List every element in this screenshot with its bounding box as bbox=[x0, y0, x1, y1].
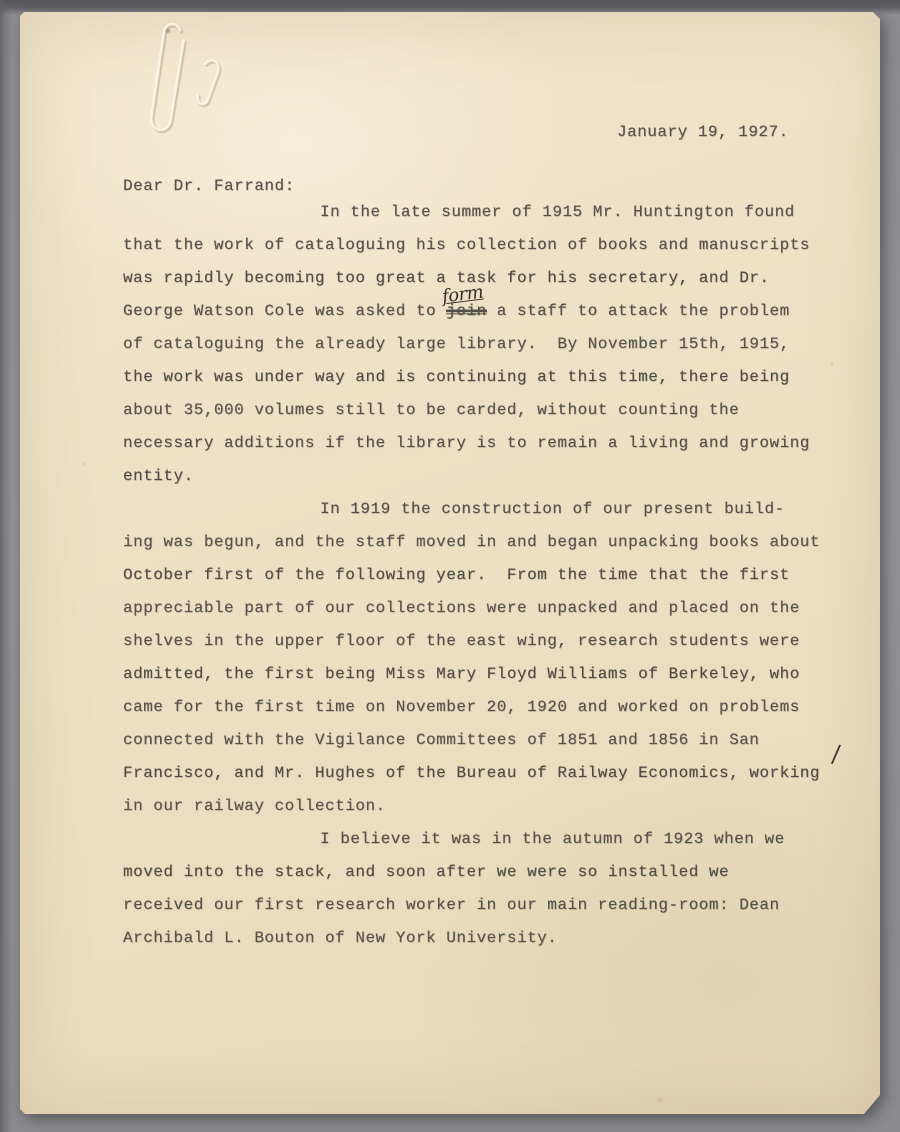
letter-line: the work was under way and is continuing… bbox=[123, 361, 843, 394]
letter-line: October first of the following year. Fro… bbox=[123, 559, 843, 592]
letter-line: In 1919 the construction of our present … bbox=[123, 493, 843, 526]
letter-line: came for the first time on November 20, … bbox=[123, 691, 843, 724]
letter-line: received our first research worker in ou… bbox=[123, 889, 843, 922]
letter-line: I believe it was in the autumn of 1923 w… bbox=[123, 823, 843, 856]
letter-line: moved into the stack, and soon after we … bbox=[123, 856, 843, 889]
letter-line: about 35,000 volumes still to be carded,… bbox=[123, 394, 843, 427]
letter-body: In the late summer of 1915 Mr. Huntingto… bbox=[123, 196, 843, 955]
letter-line: George Watson Cole was asked to joinform… bbox=[123, 295, 843, 328]
paper-shadow-wrap: January 19, 1927. Dear Dr. Farrand: In t… bbox=[20, 12, 880, 1114]
line-text: a staff to attack the problem bbox=[487, 302, 790, 320]
paperclip-impression-icon bbox=[114, 11, 232, 167]
letter-line: entity. bbox=[123, 460, 843, 493]
letter-line: appreciable part of our collections were… bbox=[123, 592, 843, 625]
letter-line: of cataloguing the already large library… bbox=[123, 328, 843, 361]
letter-line: necessary additions if the library is to… bbox=[123, 427, 843, 460]
struck-word: joinform bbox=[446, 302, 486, 320]
letter-line: ing was begun, and the staff moved in an… bbox=[123, 526, 843, 559]
letter-line: Archibald L. Bouton of New York Universi… bbox=[123, 922, 843, 955]
letter-line: In the late summer of 1915 Mr. Huntingto… bbox=[123, 196, 843, 229]
date-line: January 19, 1927. bbox=[617, 116, 789, 149]
letter-line: was rapidly becoming too great a task fo… bbox=[123, 262, 843, 295]
line-text: George Watson Cole was asked to bbox=[123, 302, 446, 320]
letter-line: Francisco, and Mr. Hughes of the Bureau … bbox=[123, 757, 843, 790]
scan-background: January 19, 1927. Dear Dr. Farrand: In t… bbox=[0, 0, 900, 1132]
letter-line: that the work of cataloguing his collect… bbox=[123, 229, 843, 262]
letter-line: shelves in the upper floor of the east w… bbox=[123, 625, 843, 658]
letter-line: in our railway collection. bbox=[123, 790, 843, 823]
letter-line: admitted, the first being Miss Mary Floy… bbox=[123, 658, 843, 691]
letter-line: connected with the Vigilance Committees … bbox=[123, 724, 843, 757]
letter-page: January 19, 1927. Dear Dr. Farrand: In t… bbox=[20, 12, 880, 1114]
handwritten-correction: form bbox=[440, 276, 485, 314]
